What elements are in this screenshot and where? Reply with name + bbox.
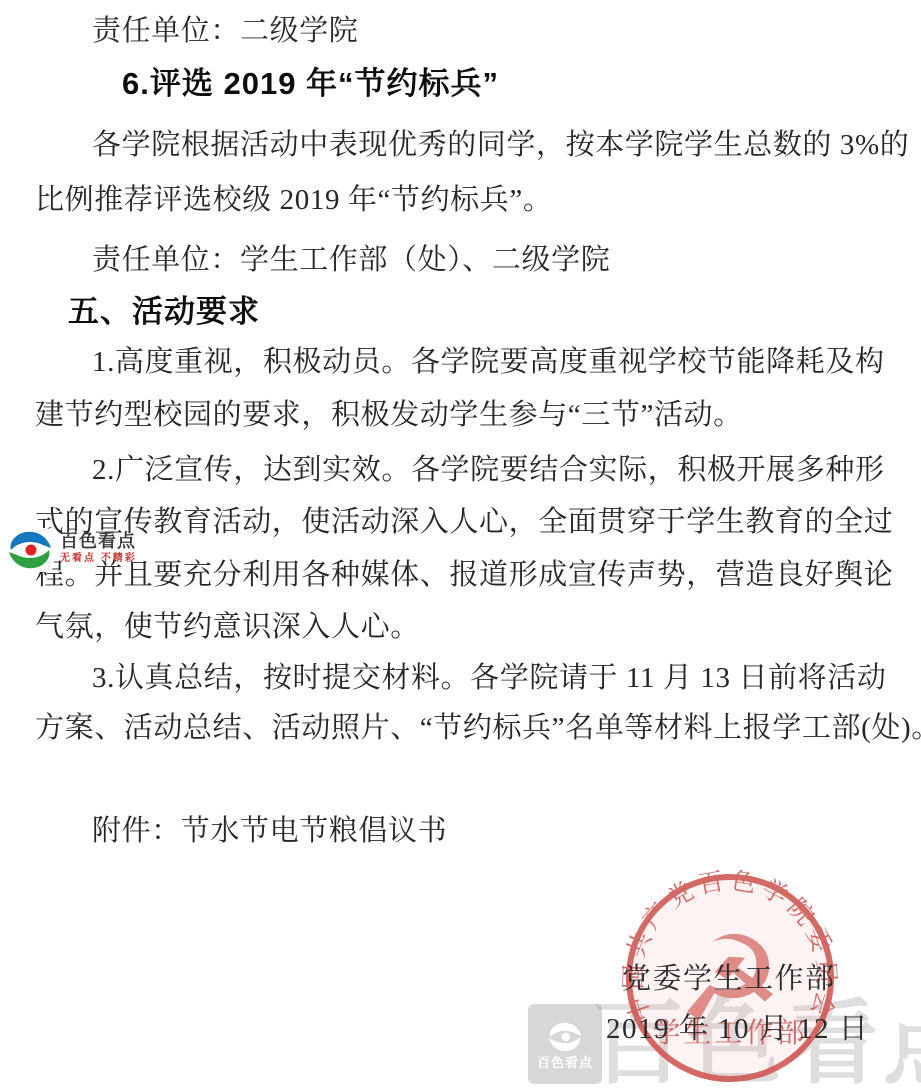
swirl-logo-white-icon bbox=[545, 1020, 585, 1054]
doc-line-para: 气氛，使节约意识深入人心。 bbox=[35, 604, 420, 645]
signature-org: 党委学生工作部 bbox=[622, 956, 836, 997]
doc-line-para: 各学院根据活动中表现优秀的同学，按本学院学生总数的 3%的 bbox=[92, 122, 909, 163]
swirl-logo-icon bbox=[6, 528, 54, 572]
side-watermark-brand: 百色看点 bbox=[60, 532, 137, 550]
bottom-watermark-logo: 百色看点 bbox=[528, 1004, 602, 1084]
doc-line-responsible-unit-1: 责任单位：二级学院 bbox=[92, 8, 358, 49]
doc-line-responsible-unit-2: 责任单位：学生工作部（处）、二级学院 bbox=[92, 237, 610, 278]
side-watermark: 百色看点 无看点 不精彩 bbox=[6, 528, 137, 572]
doc-line-para: 程。并且要充分利用各种媒体、报道形成宣传声势，营造良好舆论 bbox=[35, 552, 893, 593]
doc-line-para: 比例推荐评选校级 2019 年“节约标兵”。 bbox=[35, 177, 552, 218]
doc-heading-item-6: 6.评选 2019 年“节约标兵” bbox=[122, 58, 499, 103]
scanned-document-page: 责任单位：二级学院 6.评选 2019 年“节约标兵” 各学院根据活动中表现优秀… bbox=[0, 0, 921, 1091]
side-watermark-tagline: 无看点 不精彩 bbox=[60, 554, 137, 564]
doc-line-para: 方案、活动总结、活动照片、“节约标兵”名单等材料上报学工部(处)。 bbox=[35, 705, 921, 746]
doc-heading-section-5: 五、活动要求 bbox=[68, 286, 260, 331]
doc-line-para: 式的宣传教育活动，使活动深入人心，全面贯穿于学生教育的全过 bbox=[35, 499, 893, 540]
doc-line-para: 2.广泛宣传，达到实效。各学院要结合实际，积极开展多种形 bbox=[92, 447, 885, 488]
doc-line-attachment: 附件：节水节电节粮倡议书 bbox=[92, 808, 447, 849]
doc-line-para: 3.认真总结，按时提交材料。各学院请于 11 月 13 日前将活动 bbox=[92, 655, 886, 696]
bottom-watermark-logo-label: 百色看点 bbox=[537, 1056, 593, 1069]
signature-date: 2019 年 10 月 12 日 bbox=[606, 1006, 869, 1047]
doc-line-para: 建节约型校园的要求，积极发动学生参与“三节”活动。 bbox=[35, 392, 743, 433]
doc-line-para: 1.高度重视，积极动员。各学院要高度重视学校节能降耗及构 bbox=[92, 339, 885, 380]
